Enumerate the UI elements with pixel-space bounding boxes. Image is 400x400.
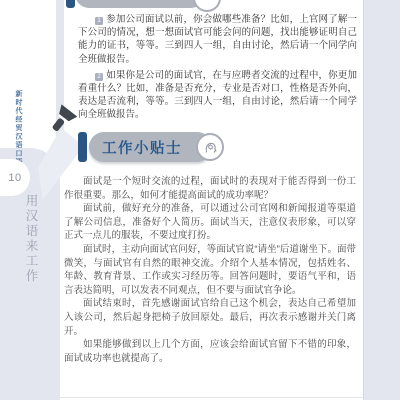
previous-section-badge-bar [66,0,75,8]
tips-header-capsule: 工作小贴士 [89,132,212,162]
page-bottom-edge [52,397,363,398]
list-number-icon: 1 [95,17,103,25]
tips-paragraph: 面试时，主动向面试官问好，等面试官说“请坐”后道谢坐下。面带微笑，与面试官有自然… [64,243,356,297]
discussion-item: 2如果你是公司的面试官，在与应聘者交流的过程中，你更加看重什么？比如，准备是否充… [78,69,357,122]
discussion-item-text: 参加公司面试以前，你会做哪些准备？比如，上官网了解一下公司的情况，想一想面试官可… [78,14,357,65]
tips-paragraph: 面试结束时，首先感谢面试官给自己这个机会，表达自己希望加入该公司，然后起身把椅子… [64,297,356,338]
tips-body: 面试是一个短时交流的过程，面试时的表现对于能否得到一份工作很重要。那么，如何才能… [64,175,356,365]
tips-header-bar [78,132,87,162]
tips-heading: 工作小贴士 [102,137,182,158]
tips-paragraph: 面试前，做好充分的准备，可以通过公司官网和新闻报道等渠道了解公司信息，准备好个人… [64,202,356,243]
discussion-questions: 1参加公司面试以前，你会做哪些准备？比如，上官网了解一下公司的情况，想一想面试官… [78,13,357,125]
head-gear-icon [196,133,224,161]
previous-section-badge [75,0,205,8]
book-title: 新时代经贸汉语口语 [13,90,23,167]
page-right-margin [363,0,400,400]
tips-section-header: 工作小贴士 [78,131,212,163]
discussion-item: 1参加公司面试以前，你会做哪些准备？比如，上官网了解一下公司的情况，想一想面试官… [78,13,357,66]
previous-section-badge-icon [193,0,221,12]
list-number-icon: 2 [95,73,103,81]
tips-paragraph: 面试是一个短时交流的过程，面试时的表现对于能否得到一份工作很重要。那么，如何才能… [64,175,356,202]
page-number: 10 [8,172,21,184]
textbook-page: 新时代经贸汉语口语 10 用汉语来工作 1参加公司面试以前，你会做哪些准备？比如… [0,0,400,400]
flashlight-icon [44,103,82,141]
unit-title: 用汉语来工作 [22,194,40,284]
discussion-item-text: 如果你是公司的面试官，在与应聘者交流的过程中，你更加看重什么？比如，准备是否充分… [78,70,357,121]
tips-paragraph: 如果能够做到以上几个方面，应该会给面试官留下不错的印象，面试成功率也就提高了。 [64,338,356,365]
